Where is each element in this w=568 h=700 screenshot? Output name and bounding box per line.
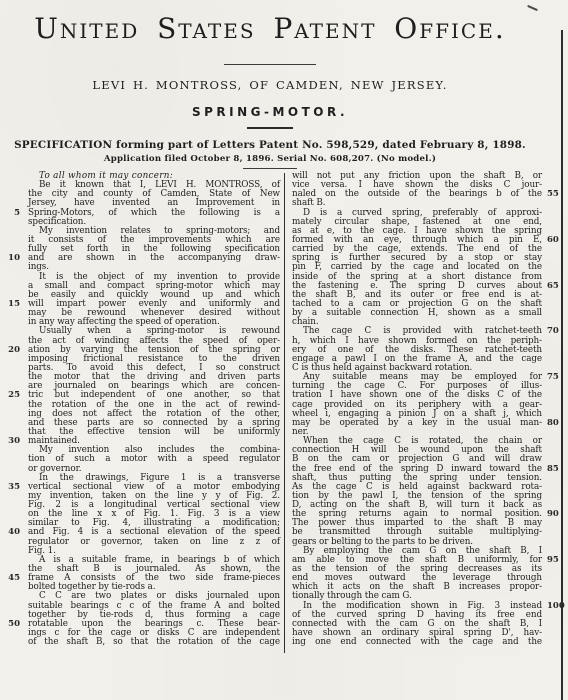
- text-column-left: To all whom it may concern:Be it known t…: [28, 172, 280, 647]
- line-number: [4, 181, 20, 190]
- line-number: [4, 327, 20, 336]
- line-number: 20: [4, 346, 20, 355]
- line-number: 90: [547, 510, 565, 519]
- line-number: [547, 474, 565, 483]
- line-numbers-right: 556065707580859095100: [547, 172, 565, 647]
- divider-rule: [243, 168, 297, 169]
- specification-line: SPECIFICATION forming part of Letters Pa…: [0, 139, 540, 151]
- line-number: 60: [547, 236, 565, 245]
- text-line: naled on the outside of the bearings b o…: [292, 190, 542, 199]
- line-number: [4, 282, 20, 291]
- line-number: [4, 510, 20, 519]
- line-number: [4, 172, 20, 181]
- line-number: [4, 318, 20, 327]
- line-number: [547, 263, 565, 272]
- line-number: 25: [4, 391, 20, 400]
- line-number: [4, 547, 20, 556]
- line-number: [547, 309, 565, 318]
- line-number: 35: [4, 483, 20, 492]
- line-number: [4, 263, 20, 272]
- line-number: [547, 528, 565, 537]
- line-number: [4, 538, 20, 547]
- line-number: 85: [547, 465, 565, 474]
- line-number: 40: [4, 528, 20, 537]
- text-line: of the shaft B, so that the rotation of …: [28, 638, 280, 647]
- line-number: [547, 391, 565, 400]
- text-line: by a suitable connection H, shown as a s…: [292, 309, 542, 318]
- line-number: 65: [547, 282, 565, 291]
- line-number: [4, 492, 20, 501]
- line-number: [4, 419, 20, 428]
- line-number: [547, 437, 565, 446]
- line-number: [547, 446, 565, 455]
- invention-title: SPRING-MOTOR.: [0, 105, 540, 119]
- line-number: [4, 309, 20, 318]
- line-number: [4, 602, 20, 611]
- page-title: United States Patent Office.: [0, 13, 540, 45]
- line-number: [547, 565, 565, 574]
- line-number: 10: [4, 254, 20, 263]
- text-column-right: will not put any friction upon the shaft…: [292, 172, 542, 647]
- line-number: 95: [547, 556, 565, 565]
- text-line: and are shown in the accompanying draw-: [28, 254, 280, 263]
- line-number: [547, 245, 565, 254]
- line-number: [547, 428, 565, 437]
- line-number: [547, 300, 565, 309]
- text-line: ing one end connected with the cage and …: [292, 638, 542, 647]
- line-number: [547, 382, 565, 391]
- line-number: 80: [547, 419, 565, 428]
- line-number: [4, 236, 20, 245]
- line-number: 45: [4, 574, 20, 583]
- line-number: [547, 583, 565, 592]
- line-number: [547, 574, 565, 583]
- line-number: [547, 538, 565, 547]
- line-number: [547, 199, 565, 208]
- line-number: [547, 519, 565, 528]
- line-number: [4, 446, 20, 455]
- line-number: [547, 638, 565, 647]
- line-number: 15: [4, 300, 20, 309]
- line-number: [4, 455, 20, 464]
- scan-artifact: [527, 5, 538, 11]
- specification-body: 5101520253035404550 To all whom it may c…: [0, 172, 568, 653]
- patent-document-page: United States Patent Office. LEVI H. MON…: [0, 0, 568, 700]
- application-line: Application filed October 8, 1896. Seria…: [0, 154, 540, 164]
- text-line: regulator or governor, taken on line z z…: [28, 538, 280, 547]
- line-number: [547, 620, 565, 629]
- line-number: [4, 465, 20, 474]
- line-number: 50: [4, 620, 20, 629]
- text-line: may be operated by a key in the usual ma…: [292, 419, 542, 428]
- line-number: [547, 629, 565, 638]
- line-number: [547, 172, 565, 181]
- line-number: [4, 401, 20, 410]
- line-number: [4, 218, 20, 227]
- line-number: [4, 227, 20, 236]
- line-number: 30: [4, 437, 20, 446]
- line-number: [4, 583, 20, 592]
- line-number: [4, 355, 20, 364]
- divider-rule: [224, 64, 316, 65]
- line-number: [547, 209, 565, 218]
- line-number: 75: [547, 373, 565, 382]
- line-number: [547, 492, 565, 501]
- line-number: 5: [4, 209, 20, 218]
- line-number: [4, 501, 20, 510]
- line-number: [547, 346, 565, 355]
- line-number: [547, 611, 565, 620]
- divider-rule: [247, 127, 293, 129]
- inventor-line: LEVI H. MONTROSS, OF CAMDEN, NEW JERSEY.: [0, 78, 540, 92]
- line-number: 70: [547, 327, 565, 336]
- line-number: [4, 638, 20, 647]
- line-number: [4, 364, 20, 373]
- line-number: [547, 291, 565, 300]
- line-number: [4, 629, 20, 638]
- line-number: 100: [547, 602, 565, 611]
- line-number: [547, 355, 565, 364]
- line-number: [4, 556, 20, 565]
- line-number: 55: [547, 190, 565, 199]
- line-number: [4, 273, 20, 282]
- line-number: [4, 592, 20, 601]
- line-number: [547, 401, 565, 410]
- line-number: [547, 337, 565, 346]
- line-number: [4, 410, 20, 419]
- line-number: [547, 254, 565, 263]
- line-numbers-left: 5101520253035404550: [4, 172, 20, 647]
- line-number: [4, 373, 20, 382]
- column-divider: [284, 173, 285, 653]
- line-number: [4, 190, 20, 199]
- line-number: [547, 483, 565, 492]
- line-number: [547, 218, 565, 227]
- document-header: United States Patent Office. LEVI H. MON…: [0, 13, 540, 169]
